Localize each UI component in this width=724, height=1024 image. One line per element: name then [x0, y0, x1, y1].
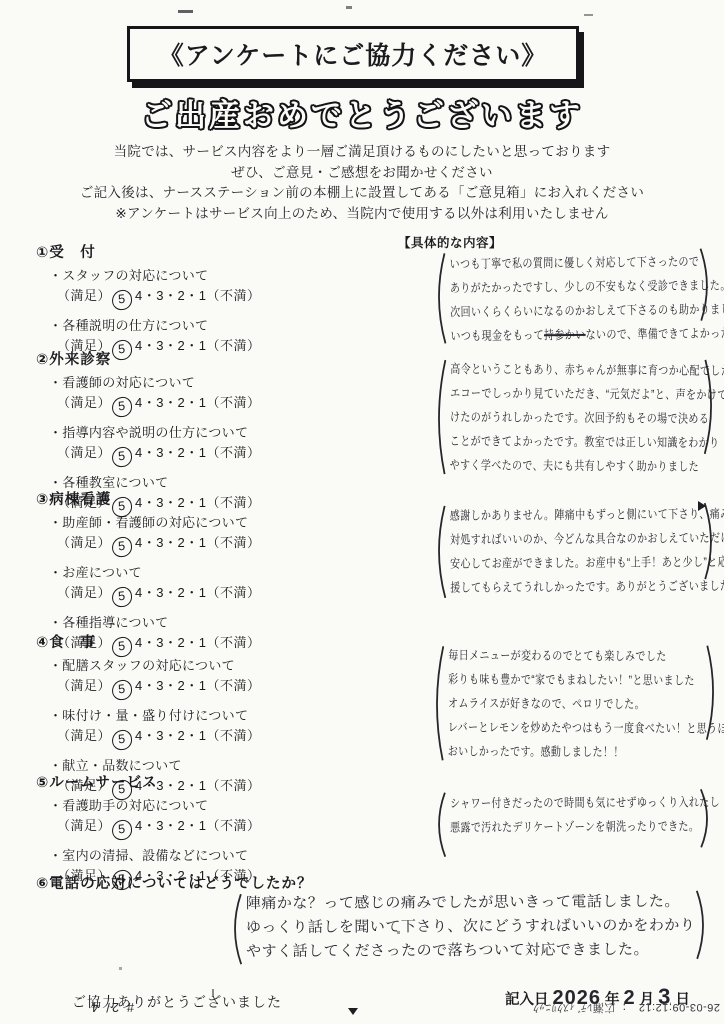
comment-text: いつも現金をもって: [450, 328, 544, 343]
rating-scale: （満足）54・3・2・1（不満）: [57, 442, 421, 467]
congratulations-heading: ご出産おめでとうございます: [0, 90, 724, 135]
scale-unsatisfied-label: （不満）: [206, 445, 260, 460]
question-label: ・各種指導について: [49, 612, 421, 631]
comment-line: おいしかったです。感動しました！！: [448, 739, 667, 764]
selected-rating-circle: 5: [111, 289, 133, 311]
handwritten-comment-phone: 陣痛かな？って感じの痛みでしたが思いきって電話しました。 ゆっくり話しを聞いて下…: [228, 887, 712, 965]
scale-numbers: 4・3・2・1: [135, 445, 206, 460]
scale-numbers: 4・3・2・1: [135, 535, 206, 550]
section-reception: ①受 付 ・スタッフの対応について （満足）54・3・2・1（不満） ・各種説明…: [36, 241, 421, 365]
scanned-questionnaire-page: 《アンケートにご協力ください》 ご出産おめでとうございます 当院では、サービス内…: [0, 0, 724, 1024]
comment-line: いつも現金をもって持参かいないので、準備できてよかったです。: [450, 322, 661, 348]
intro-line-4: ※アンケートはサービス向上のため、当院内で使用する以外は利用いたしません: [0, 204, 724, 225]
fax-timestamp: 26-03-09;12:12 ；広瀬ﾚﾃﾞｨｽｸﾘﾆｯｸ: [478, 1000, 720, 1016]
scale-unsatisfied-label: （不満）: [206, 678, 260, 693]
selected-rating-circle: 5: [111, 679, 133, 701]
selected-rating-circle: 5: [111, 396, 133, 418]
scale-satisfied-label: （満足）: [57, 728, 111, 743]
comment-line: 高令ということもあり、赤ちゃんが無事に育つか心配でしたが: [450, 357, 666, 383]
question-label: ・各種説明の仕方について: [49, 315, 421, 334]
handwritten-comment-room-service: シャワー付きだったので時間も気にせずゆっくり入れたし 悪露で汚れたデリケートゾー…: [432, 787, 714, 839]
scale-unsatisfied-label: （不満）: [206, 728, 260, 743]
scan-noise: [119, 967, 122, 970]
intro-line-3: ご記入後は、ナースステーション前の本棚上に設置してある「ご意見箱」にお入れくださ…: [0, 183, 724, 204]
question-label: ・お産について: [49, 562, 421, 581]
selected-rating-circle: 5: [111, 536, 133, 558]
comment-line: いつも丁寧で私の質問に優しく対応して下さったので: [450, 250, 661, 276]
comment-line: シャワー付きだったので時間も気にせずゆっくり入れたし: [450, 791, 661, 816]
comment-line: 次回いくらくらいになるのかおしえて下さるのも助かりました！: [450, 298, 661, 324]
comment-line: ことができてよかったです。教室では正しい知識をわかり: [450, 429, 666, 455]
handwritten-comment-outpatient: 高令ということもあり、赤ちゃんが無事に育つか心配でしたが エコーでしっかり見てい…: [432, 354, 721, 479]
handwritten-comment-meals: 毎日メニューが変わるのでとても楽しみでした 彩りも味も豊かで“家でもまねしたい！…: [430, 640, 723, 765]
question-label: ・指導内容や説明の仕方について: [49, 422, 421, 441]
comment-line: やすく話してくださったので落ちついて対応できました。: [246, 938, 712, 964]
scale-unsatisfied-label: （不満）: [206, 585, 260, 600]
question-label: ・看護師の対応について: [49, 372, 421, 391]
question-label: ・助産師・看護師の対応について: [49, 512, 421, 531]
question-label: ・配膳スタッフの対応について: [49, 655, 421, 674]
scale-satisfied-label: （満足）: [57, 535, 111, 550]
comment-line: 感謝しかありません。陣痛中もずっと側にいて下さり、痛みにどう: [450, 502, 666, 528]
rating-scale: （満足）54・3・2・1（不満）: [57, 725, 421, 750]
rating-scale: （満足）54・3・2・1（不満）: [57, 582, 421, 607]
section-heading: ④食 事: [36, 631, 421, 652]
rating-scale: （満足）54・3・2・1（不満）: [57, 815, 421, 840]
scale-numbers: 4・3・2・1: [135, 585, 206, 600]
handwritten-comment-ward: 感謝しかありません。陣痛中もずっと側にいて下さり、痛みにどう 対処すればいいのか…: [432, 499, 721, 600]
scale-numbers: 4・3・2・1: [135, 728, 206, 743]
selected-rating-circle: 5: [111, 446, 133, 468]
scale-unsatisfied-label: （不満）: [206, 395, 260, 410]
scan-noise: [178, 10, 193, 13]
scan-noise: [346, 6, 352, 9]
scale-satisfied-label: （満足）: [57, 288, 111, 303]
scale-numbers: 4・3・2・1: [135, 678, 206, 693]
section-heading: ⑤ルームサービス: [36, 771, 421, 792]
scale-satisfied-label: （満足）: [57, 818, 111, 833]
right-arrow-mark: [698, 501, 706, 511]
scale-unsatisfied-label: （不満）: [206, 288, 260, 303]
selected-rating-circle: 5: [111, 729, 133, 751]
section-heading: ②外来診察: [36, 348, 421, 369]
intro-line-1: 当院では、サービス内容をより一層ご満足頂けるものにしたいと思っております: [0, 142, 724, 163]
section-heading: ①受 付: [36, 241, 421, 262]
comment-line: 援してもらえてうれしかったです。ありがとうございました。: [450, 574, 666, 600]
scale-satisfied-label: （満足）: [57, 395, 111, 410]
comment-line: 安心してお産ができました。お産中も“上手！あと少し”と応: [450, 550, 666, 576]
scale-unsatisfied-label: （不満）: [206, 818, 260, 833]
comment-line: やすく学べたので、夫にも共有しやすく助かりました: [450, 453, 666, 479]
comment-line: 毎日メニューが変わるのでとても楽しみでした: [448, 643, 667, 668]
comment-line: 彩りも味も豊かで“家でもまねしたい！”と思いました: [448, 667, 667, 692]
scan-noise: [584, 14, 593, 16]
comment-line: オムライスが好きなので、ペロリでした。: [448, 691, 667, 716]
comment-line: 悪露で汚れたデリケートゾーンを朝洗ったりできた。: [450, 815, 661, 840]
comment-line: ゆっくり話しを聞いて下さり、次にどうすればいいのかをわかり: [246, 914, 712, 940]
intro-line-2: ぜひ、ご意見・ご感想をお聞かせください: [0, 163, 724, 184]
question-label: ・室内の清掃、設備などについて: [49, 845, 421, 864]
scale-satisfied-label: （満足）: [57, 585, 111, 600]
scale-satisfied-label: （満足）: [57, 678, 111, 693]
comment-line: レバーとレモンを炒めたやつはもう一度食べたい！と思うほど: [448, 715, 667, 740]
struck-text: 持参かい: [544, 328, 586, 342]
comment-line: 対処すればいいのか、今どんな具合なのかおしえていただけたので: [450, 526, 666, 552]
section-heading: ③病棟看護: [36, 488, 421, 509]
comment-line: 陣痛かな？って感じの痛みでしたが思いきって電話しました。: [246, 890, 712, 916]
comment-line: けたのがうれしかったです。次回予約もその場で決める: [450, 405, 666, 431]
scale-satisfied-label: （満足）: [57, 445, 111, 460]
handwritten-comment-reception: いつも丁寧で私の質問に優しく対応して下さったので ありがたかったですし、少しの不…: [431, 247, 714, 349]
page-title: 《アンケートにご協力ください》: [159, 36, 548, 72]
rating-scale: （満足）54・3・2・1（不満）: [57, 392, 421, 417]
title-box: 《アンケートにご協力ください》: [127, 26, 579, 82]
question-label: ・スタッフの対応について: [49, 265, 421, 284]
rating-scale: （満足）54・3・2・1（不満）: [57, 675, 421, 700]
selected-rating-circle: 5: [111, 586, 133, 608]
comment-line: ありがたかったですし、少しの不安もなく受診できました。: [450, 274, 661, 300]
scale-unsatisfied-label: （不満）: [206, 535, 260, 550]
selected-rating-circle: 5: [111, 819, 133, 841]
question-label: ・味付け・量・盛り付けについて: [49, 705, 421, 724]
down-arrow-mark: [348, 1008, 358, 1015]
intro-text: 当院では、サービス内容をより一層ご満足頂けるものにしたいと思っております ぜひ、…: [0, 142, 724, 224]
comment-line: エコーでしっかり見ていただき、“元気だよ”と、声をかけていただ: [450, 381, 666, 407]
rating-scale: （満足）54・3・2・1（不満）: [57, 532, 421, 557]
rating-scale: （満足）54・3・2・1（不満）: [57, 285, 421, 310]
fax-page-marker: # 2/ 4: [24, 1000, 134, 1015]
scale-numbers: 4・3・2・1: [135, 288, 206, 303]
scale-numbers: 4・3・2・1: [135, 395, 206, 410]
scale-numbers: 4・3・2・1: [135, 818, 206, 833]
question-label: ・看護助手の対応について: [49, 795, 421, 814]
comment-text: ないので、準備できてよかったです。: [586, 326, 724, 342]
